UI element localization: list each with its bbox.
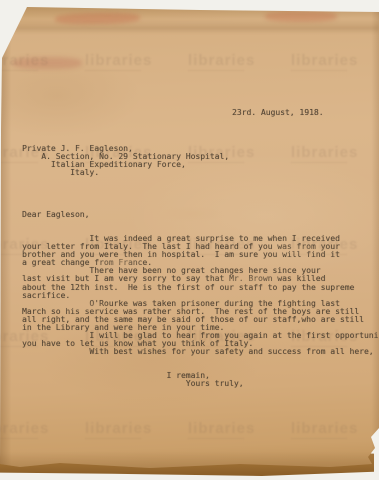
body-lines: It was indeed a great surprise to me whe…	[22, 235, 378, 356]
watermark-text: libraries	[291, 144, 358, 163]
watermark-text: libraries	[188, 52, 255, 71]
watermark-text: libraries	[85, 420, 152, 439]
watermark-text: libraries	[188, 420, 255, 439]
letter-line: With best wishes for your safety and suc…	[22, 348, 378, 356]
recipient-address: Private J. F. Eagleson, A. Section, No. …	[22, 145, 229, 177]
watermark-text: libraries	[0, 420, 49, 439]
letter-page: librarieslibrarieslibrarieslibrarieslibr…	[0, 0, 379, 480]
letter-body: Dear Eagleson, It was indeed a great sur…	[22, 195, 378, 404]
closing-lines: I remain, Yours truly,	[22, 372, 378, 388]
salutation: Dear Eagleson,	[22, 211, 378, 219]
watermark-text: libraries	[291, 420, 358, 439]
scan-background: librarieslibrarieslibrarieslibrarieslibr…	[0, 0, 379, 480]
letter-date: 23rd. August, 1918.	[232, 109, 324, 117]
watermark-text: libraries	[291, 52, 358, 71]
letter-line: about the 12th inst. He is the first of …	[22, 284, 378, 292]
closing-line: Yours truly,	[22, 380, 378, 388]
watermark-text: libraries	[85, 52, 152, 71]
address-line: Italy.	[22, 169, 229, 177]
watermark-text: libraries	[0, 52, 49, 71]
